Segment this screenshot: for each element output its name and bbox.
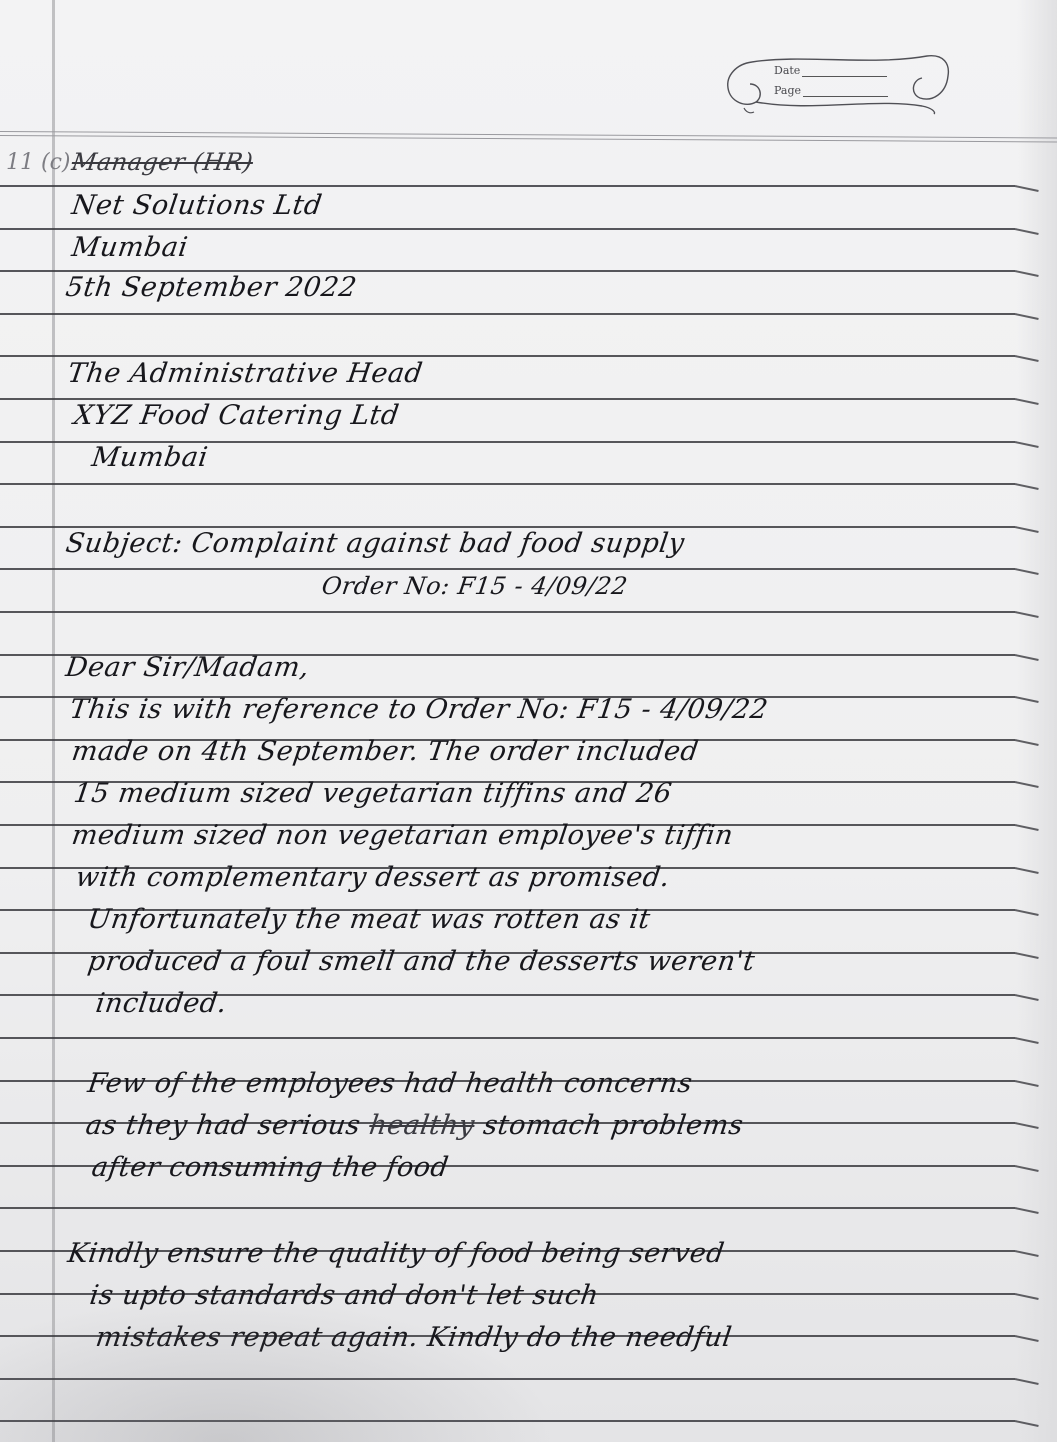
ruled-line [0,228,1015,230]
body-line: is upto standards and don't let such [88,1280,601,1311]
ruled-line [0,313,1015,315]
sender-city: Mumbai [70,232,190,263]
recipient-title: The Administrative Head [66,358,425,389]
header-rule [0,131,1057,142]
body-line-with-correction: as they had serious healthy stomach prob… [84,1110,745,1141]
body-line: Few of the employees had health concerns [86,1068,695,1099]
date-blank [802,66,887,77]
body-line: produced a foul smell and the desserts w… [86,946,757,977]
sender-company: Net Solutions Ltd [70,190,324,221]
ruled-line [0,185,1015,187]
page-edge [1017,0,1057,1442]
body-line: 15 medium sized vegetarian tiffins and 2… [72,778,674,809]
subject-line: Subject: Complaint against bad food supp… [64,528,687,559]
body-line: made on 4th September. The order include… [70,736,701,767]
sender-struck-title: Manager (HR) [70,148,255,176]
scroll-ornament-icon [722,50,952,116]
struck-word: healthy [367,1110,476,1141]
body-text: stomach problems [472,1110,745,1141]
page-blank [803,86,888,97]
body-line: Unfortunately the meat was rotten as it [86,904,653,935]
body-line: medium sized non vegetarian employee's t… [70,820,735,851]
margin-line [52,0,55,1442]
ruled-line [0,355,1015,357]
order-number: Order No: F15 - 4/09/22 [320,572,629,600]
body-line: with complementary dessert as promised. [74,862,672,893]
recipient-company: XYZ Food Catering Ltd [72,400,401,431]
body-line: mistakes repeat again. Kindly do the nee… [94,1322,734,1353]
page-number-field: Page [774,84,888,97]
ruled-line [0,611,1015,613]
date-page-box: Date Page [722,50,952,116]
recipient-city: Mumbai [90,442,210,473]
body-line: included. [94,988,229,1019]
ruled-line [0,1378,1015,1380]
notebook-page: Date Page 11 (c). Manager (HR) Net Solut… [0,0,1057,1442]
ruled-line [0,1207,1015,1209]
body-text: as they had serious [84,1110,372,1141]
date-field: Date [774,64,887,77]
body-line: This is with reference to Order No: F15 … [68,694,770,725]
letter-date: 5th September 2022 [64,272,359,303]
ruled-line [0,1037,1015,1039]
question-number: 11 (c). [6,150,77,175]
ruled-line [0,483,1015,485]
date-label: Date [774,64,800,77]
body-line: Kindly ensure the quality of food being … [66,1238,727,1269]
page-label: Page [774,84,801,97]
body-line: after consuming the food [90,1152,451,1183]
ruled-line [0,1420,1015,1422]
salutation: Dear Sir/Madam, [64,652,312,683]
ruled-line [0,568,1015,570]
